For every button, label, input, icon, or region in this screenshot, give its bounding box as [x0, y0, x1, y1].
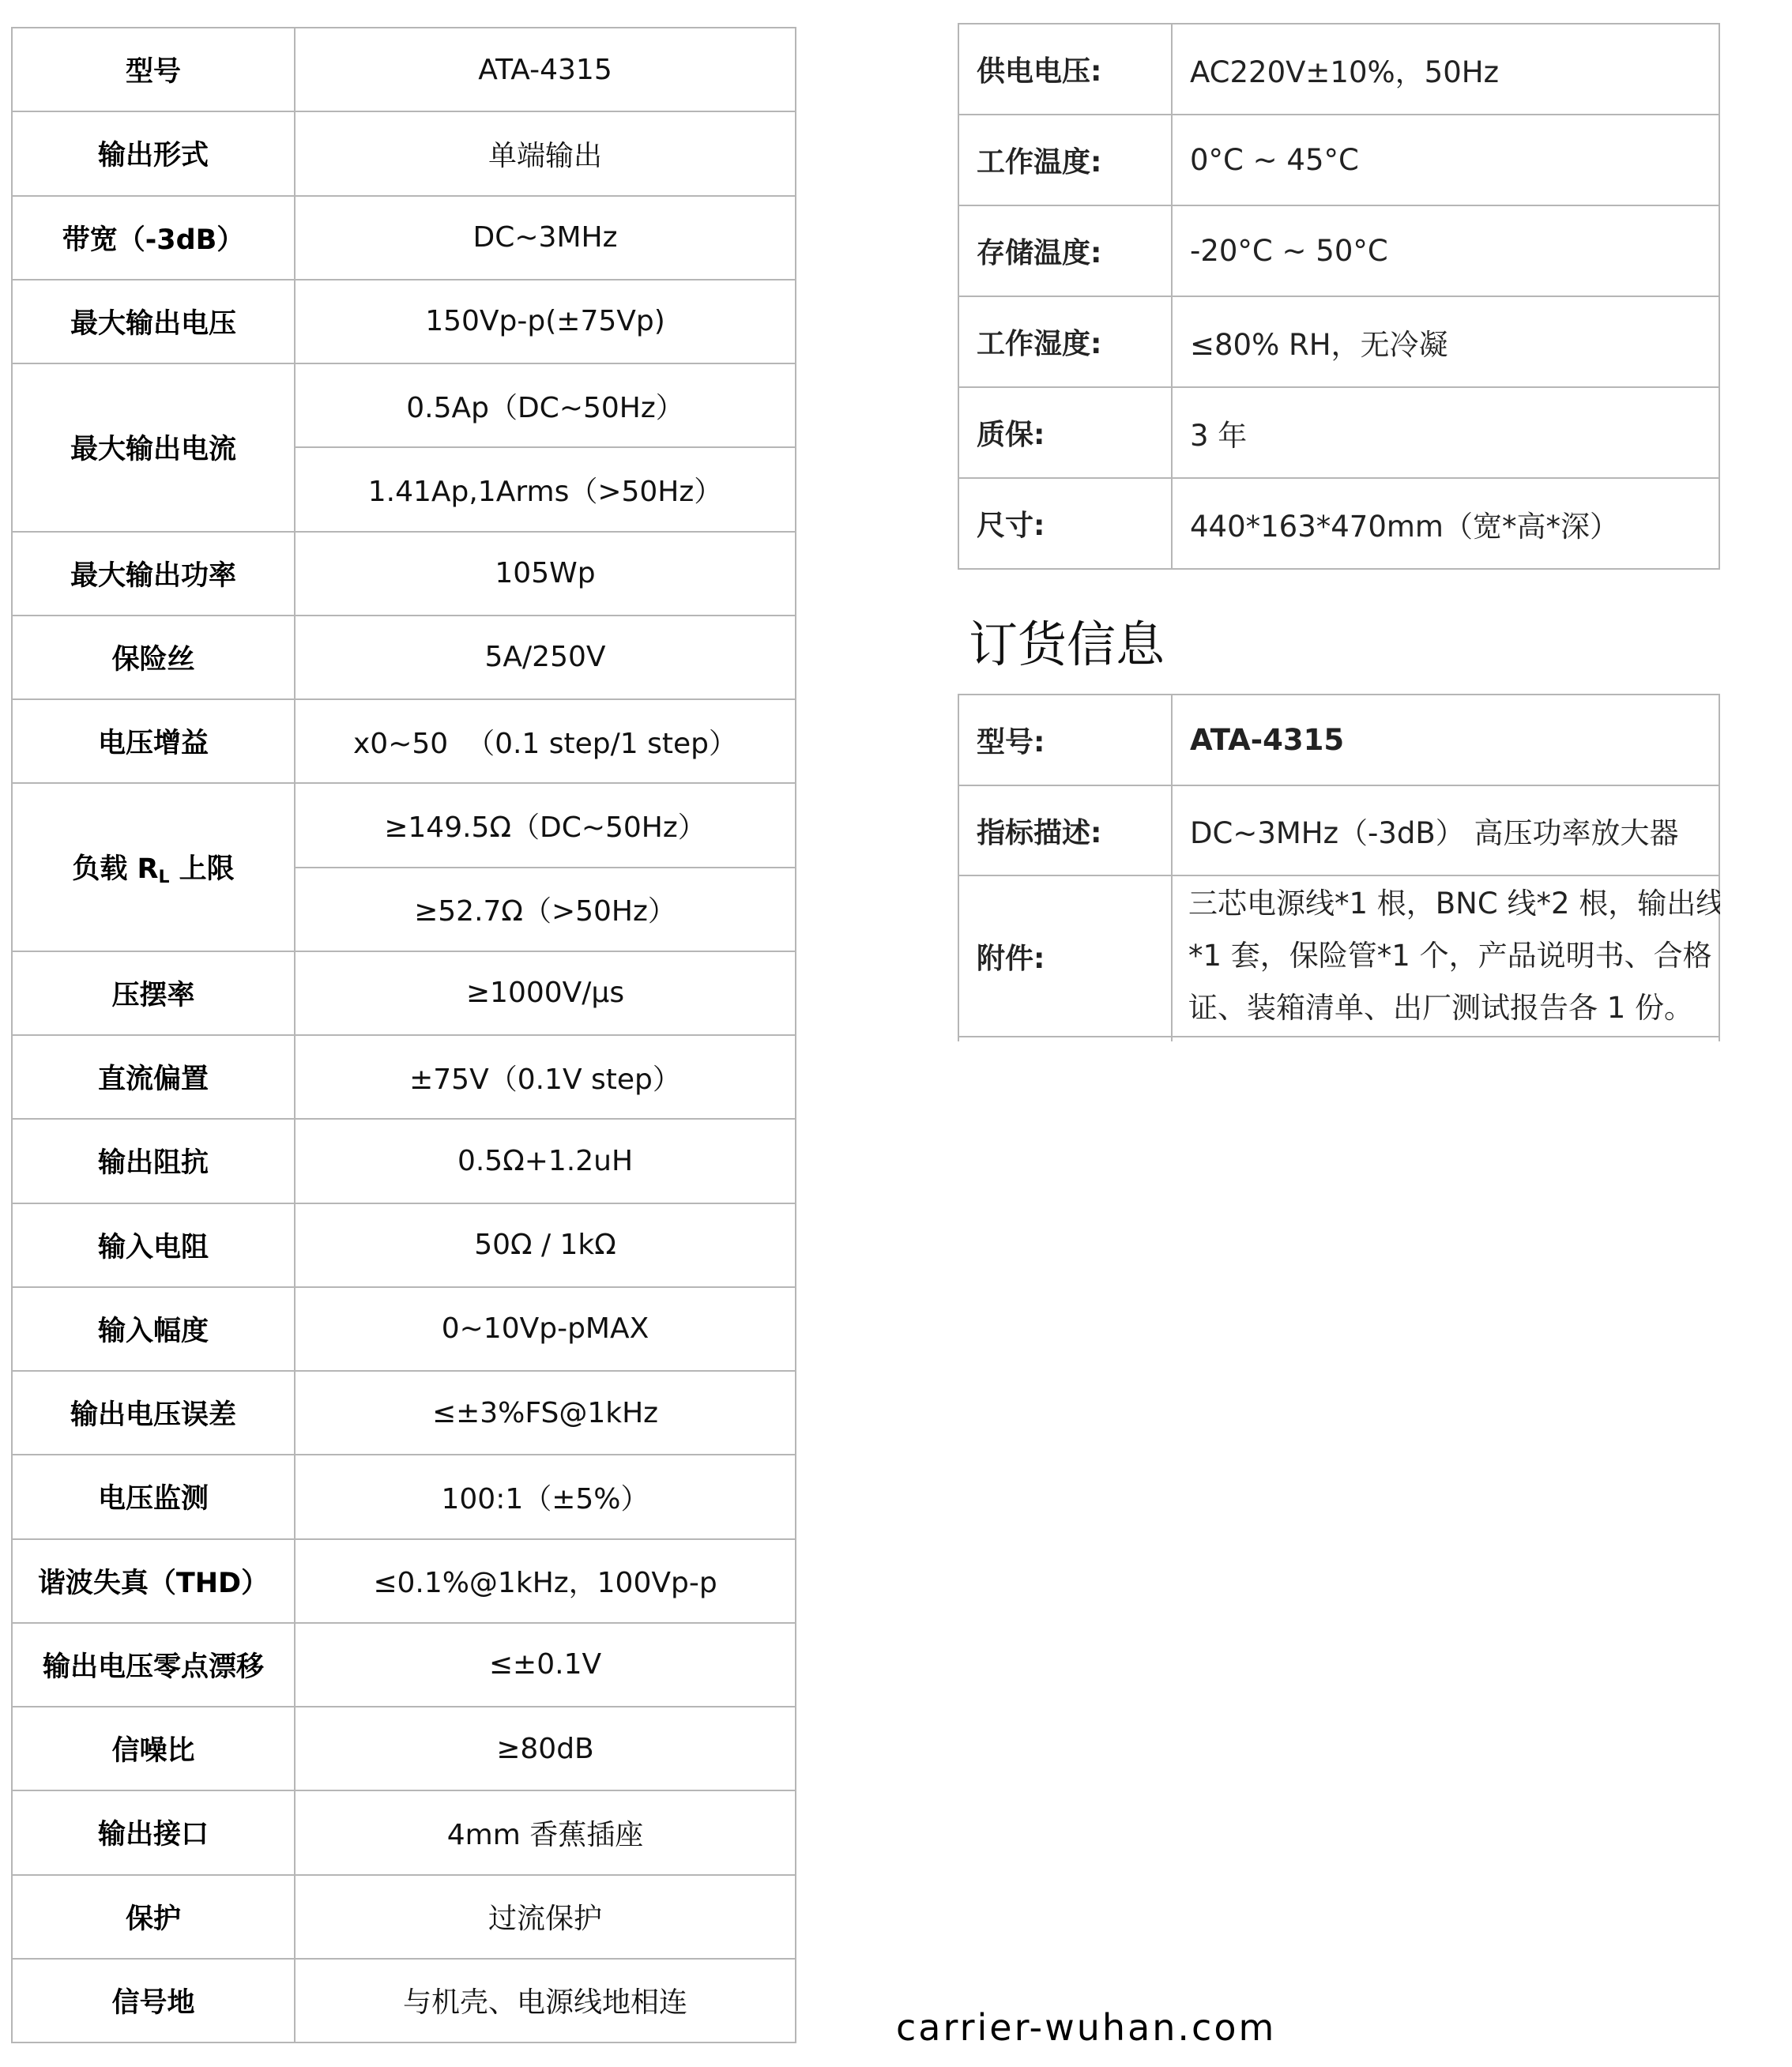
order-row: 型号: ATA-4315 — [958, 695, 1719, 785]
spec-value: 0.5Ω+1.2uH — [295, 1119, 796, 1203]
spec-value: 150Vp-p(±75Vp) — [295, 280, 796, 363]
spec-label: 最大输出电流 — [12, 363, 295, 532]
spec-row: 工作湿度: ≤80% RH，无冷凝 — [958, 296, 1719, 387]
spec-label: 压摆率 — [12, 951, 295, 1035]
order-label: 型号: — [958, 695, 1172, 785]
spec-label: 输出接口 — [12, 1790, 295, 1874]
spec-value: 与机壳、电源线地相连 — [295, 1959, 796, 2043]
spec-row: 最大输出功率 105Wp — [12, 532, 796, 616]
spec-value: 过流保护 — [295, 1875, 796, 1959]
spec-label: 保护 — [12, 1875, 295, 1959]
spec-value: ATA-4315 — [295, 28, 796, 111]
spec-label: 保险丝 — [12, 616, 295, 699]
order-label: 附件: — [958, 875, 1172, 1037]
spec-row: 输出电压零点漂移 ≤±0.1V — [12, 1623, 796, 1707]
spec-row: 输入电阻 50Ω / 1kΩ — [12, 1203, 796, 1287]
spec-value: ≥80dB — [295, 1707, 796, 1790]
spec-label: 电压监测 — [12, 1455, 295, 1538]
website-watermark: carrier-wuhan.com — [896, 2004, 1276, 2051]
spec-row: 保护 过流保护 — [12, 1875, 796, 1959]
spec-label: 输出形式 — [12, 111, 295, 195]
spec-value: 0.5Ap（DC~50Hz） — [295, 363, 796, 447]
spec-value: 105Wp — [295, 532, 796, 616]
spec-row: 电压监测 100:1（±5%） — [12, 1455, 796, 1538]
order-accessories-value: 三芯电源线*1 根，BNC 线*2 根，输出线 *1 套，保险管*1 个，产品说… — [1172, 875, 1719, 1037]
spec-label-text: 负载 R — [72, 853, 158, 885]
spec-row: 供电电压: AC220V±10%，50Hz — [958, 24, 1719, 115]
spec-label: 质保: — [958, 387, 1172, 478]
spec-value: 440*163*470mm（宽*高*深） — [1172, 478, 1719, 569]
spec-row: 电压增益 x0~50 （0.1 step/1 step） — [12, 699, 796, 783]
accessories-line: 证、装箱清单、出厂测试报告各 1 份。 — [1188, 982, 1719, 1034]
spec-row: 谐波失真（THD） ≤0.1%@1kHz，100Vp-p — [12, 1539, 796, 1623]
spec-label: 带宽（-3dB） — [12, 196, 295, 280]
order-info-heading: 订货信息 — [969, 613, 1165, 676]
accessories-line: *1 套，保险管*1 个，产品说明书、合格 — [1188, 930, 1719, 982]
spec-label: 电压增益 — [12, 699, 295, 783]
spec-label: 供电电压: — [958, 24, 1172, 115]
spec-table-left: 型号 ATA-4315 输出形式 单端输出 带宽（-3dB） DC~3MHz 最… — [11, 27, 796, 2043]
spec-value: AC220V±10%，50Hz — [1172, 24, 1719, 115]
spec-value: DC~3MHz — [295, 196, 796, 280]
order-info-table: 型号: ATA-4315 指标描述: DC~3MHz（-3dB） 高压功率放大器… — [958, 694, 1720, 1041]
spec-row: 压摆率 ≥1000V/μs — [12, 951, 796, 1035]
spec-row: 输出电压误差 ≤±3%FS@1kHz — [12, 1371, 796, 1455]
spec-value: ≥52.7Ω（>50Hz） — [295, 868, 796, 951]
spec-label: 输出电压误差 — [12, 1371, 295, 1455]
spec-value: ≤0.1%@1kHz，100Vp-p — [295, 1539, 796, 1623]
clipped-cell — [958, 1037, 1172, 1041]
order-model-value: ATA-4315 — [1172, 695, 1719, 785]
spec-row: 工作温度: 0°C ~ 45°C — [958, 115, 1719, 205]
spec-label: 存储温度: — [958, 205, 1172, 296]
spec-label: 最大输出电压 — [12, 280, 295, 363]
spec-row: 信噪比 ≥80dB — [12, 1707, 796, 1790]
spec-value: 100:1（±5%） — [295, 1455, 796, 1538]
spec-row: 负载 RL 上限 ≥149.5Ω（DC~50Hz） — [12, 783, 796, 867]
order-description-value: DC~3MHz（-3dB） 高压功率放大器 — [1172, 785, 1719, 875]
spec-value: 4mm 香蕉插座 — [295, 1790, 796, 1874]
spec-label: 型号 — [12, 28, 295, 111]
spec-label: 谐波失真（THD） — [12, 1539, 295, 1623]
spec-row: 信号地 与机壳、电源线地相连 — [12, 1959, 796, 2043]
spec-row: 直流偏置 ±75V（0.1V step） — [12, 1035, 796, 1119]
spec-value: ≤±0.1V — [295, 1623, 796, 1707]
spec-label: 负载 RL 上限 — [12, 783, 295, 951]
spec-label: 工作湿度: — [958, 296, 1172, 387]
spec-table-right: 供电电压: AC220V±10%，50Hz 工作温度: 0°C ~ 45°C 存… — [958, 23, 1720, 570]
spec-row: 型号 ATA-4315 — [12, 28, 796, 111]
spec-value: x0~50 （0.1 step/1 step） — [295, 699, 796, 783]
spec-label: 工作温度: — [958, 115, 1172, 205]
order-row: 附件: 三芯电源线*1 根，BNC 线*2 根，输出线 *1 套，保险管*1 个… — [958, 875, 1719, 1037]
spec-row: 最大输出电流 0.5Ap（DC~50Hz） — [12, 363, 796, 447]
spec-label: 最大输出功率 — [12, 532, 295, 616]
spec-row: 质保: 3 年 — [958, 387, 1719, 478]
spec-value: 0~10Vp-pMAX — [295, 1287, 796, 1371]
spec-row: 最大输出电压 150Vp-p(±75Vp) — [12, 280, 796, 363]
spec-label-subscript: L — [158, 868, 169, 887]
clipped-cell — [1172, 1037, 1719, 1041]
spec-label-text: 上限 — [169, 853, 234, 885]
spec-row: 尺寸: 440*163*470mm（宽*高*深） — [958, 478, 1719, 569]
spec-label: 信噪比 — [12, 1707, 295, 1790]
accessories-line: 三芯电源线*1 根，BNC 线*2 根，输出线 — [1188, 878, 1719, 930]
spec-label: 输出阻抗 — [12, 1119, 295, 1203]
order-row-clipped — [958, 1037, 1719, 1041]
order-label: 指标描述: — [958, 785, 1172, 875]
spec-row: 保险丝 5A/250V — [12, 616, 796, 699]
spec-label: 尺寸: — [958, 478, 1172, 569]
spec-value: 1.41Ap,1Arms（>50Hz） — [295, 447, 796, 531]
spec-label: 信号地 — [12, 1959, 295, 2043]
spec-value: ≤80% RH，无冷凝 — [1172, 296, 1719, 387]
spec-value: 50Ω / 1kΩ — [295, 1203, 796, 1287]
spec-value: ≥1000V/μs — [295, 951, 796, 1035]
spec-label: 输入电阻 — [12, 1203, 295, 1287]
spec-value: 3 年 — [1172, 387, 1719, 478]
spec-value: ≥149.5Ω（DC~50Hz） — [295, 783, 796, 867]
spec-row: 输入幅度 0~10Vp-pMAX — [12, 1287, 796, 1371]
spec-label: 输入幅度 — [12, 1287, 295, 1371]
spec-value: -20°C ~ 50°C — [1172, 205, 1719, 296]
spec-row: 输出阻抗 0.5Ω+1.2uH — [12, 1119, 796, 1203]
spec-value: 单端输出 — [295, 111, 796, 195]
spec-row: 输出形式 单端输出 — [12, 111, 796, 195]
order-table-container: 型号: ATA-4315 指标描述: DC~3MHz（-3dB） 高压功率放大器… — [958, 694, 1720, 1041]
order-row: 指标描述: DC~3MHz（-3dB） 高压功率放大器 — [958, 785, 1719, 875]
spec-value: ≤±3%FS@1kHz — [295, 1371, 796, 1455]
spec-label: 直流偏置 — [12, 1035, 295, 1119]
spec-row: 存储温度: -20°C ~ 50°C — [958, 205, 1719, 296]
spec-row: 输出接口 4mm 香蕉插座 — [12, 1790, 796, 1874]
spec-label: 输出电压零点漂移 — [12, 1623, 295, 1707]
spec-value: 5A/250V — [295, 616, 796, 699]
spec-value: 0°C ~ 45°C — [1172, 115, 1719, 205]
spec-value: ±75V（0.1V step） — [295, 1035, 796, 1119]
spec-row: 带宽（-3dB） DC~3MHz — [12, 196, 796, 280]
